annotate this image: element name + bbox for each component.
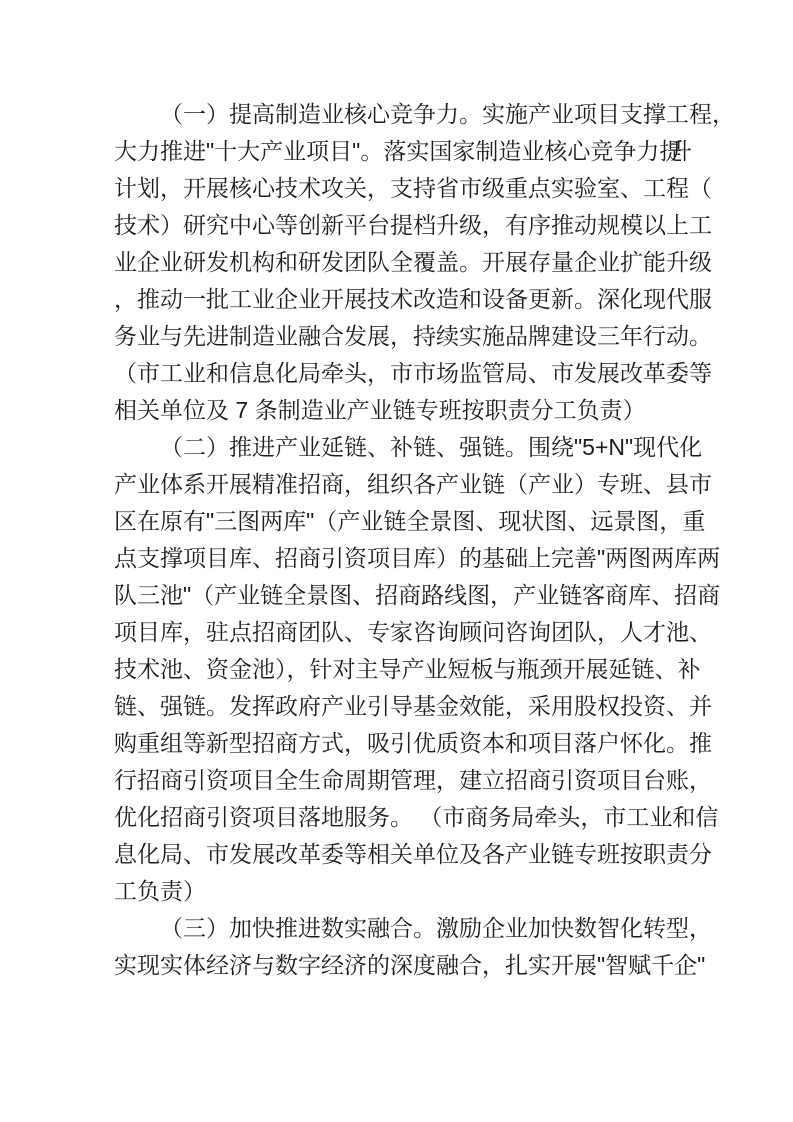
text-line: 息化局、市发展改革委等相关单位及各产业链专班按职责分 — [114, 836, 726, 873]
paragraph-2: （二）推进产业延链、补链、强链。围绕"5+N"现代化产业体系开展精准招商，组织各… — [114, 429, 726, 910]
text-line: 业企业研发机构和研发团队全覆盖。开展存量企业扩能升级 — [114, 244, 726, 281]
text-line: 技术池、资金池），针对主导产业短板与瓶颈开展延链、补 — [114, 651, 726, 688]
text-line: （三）加快推进数实融合。激励企业加快数智化转型， — [114, 910, 726, 947]
text-line: 队三池"（产业链全景图、招商路线图，产业链客商库、招商 — [114, 577, 726, 614]
text-line: 产业体系开展精准招商，组织各产业链（产业）专班、县市 — [114, 466, 726, 503]
text-line: 相关单位及 7 条制造业产业链专班按职责分工负责） — [114, 392, 726, 429]
text-line: （一）提高制造业核心竞争力。实施产业项目支撑工程， — [114, 96, 726, 133]
text-line: 实现实体经济与数字经济的深度融合，扎实开展"智赋千企" — [114, 947, 726, 984]
text-line: （二）推进产业延链、补链、强链。围绕"5+N"现代化 — [114, 429, 726, 466]
text-line: ，推动一批工业企业开展技术改造和设备更新。深化现代服 — [114, 281, 726, 318]
text-line: 工负责） — [114, 873, 726, 910]
text-line: 项目库，驻点招商团队、专家咨询顾问咨询团队，人才池、 — [114, 614, 726, 651]
paragraph-1: （一）提高制造业核心竞争力。实施产业项目支撑工程，大力推进"十大产业项目"。落实… — [114, 96, 726, 429]
text-line: 链、强链。发挥政府产业引导基金效能，采用股权投资、并 — [114, 688, 726, 725]
squeezed-text: 升 — [669, 133, 692, 170]
text-line: 购重组等新型招商方式，吸引优质资本和项目落户怀化。推 — [114, 725, 726, 762]
text-line: （市工业和信息化局牵头，市市场监管局、市发展改革委等 — [114, 355, 726, 392]
text-line: 优化招商引资项目落地服务。 （市商务局牵头，市工业和信 — [114, 799, 726, 836]
document-page: （一）提高制造业核心竞争力。实施产业项目支撑工程，大力推进"十大产业项目"。落实… — [0, 0, 793, 1122]
document-body: （一）提高制造业核心竞争力。实施产业项目支撑工程，大力推进"十大产业项目"。落实… — [114, 96, 726, 984]
text-line: 区在原有"三图两库"（产业链全景图、现状图、远景图，重 — [114, 503, 726, 540]
text-line: 技术）研究中心等创新平台提档升级，有序推动规模以上工 — [114, 207, 726, 244]
text-line: 行招商引资项目全生命周期管理，建立招商引资项目台账， — [114, 762, 726, 799]
text-line: 务业与先进制造业融合发展，持续实施品牌建设三年行动。 — [114, 318, 726, 355]
text-line: 计划，开展核心技术攻关，支持省市级重点实验室、工程（ — [114, 170, 726, 207]
text-line: 点支撑项目库、招商引资项目库）的基础上完善"两图两库两 — [114, 540, 726, 577]
paragraph-3: （三）加快推进数实融合。激励企业加快数智化转型，实现实体经济与数字经济的深度融合… — [114, 910, 726, 984]
text-line: 大力推进"十大产业项目"。落实国家制造业核心竞争力提升 — [114, 133, 726, 170]
